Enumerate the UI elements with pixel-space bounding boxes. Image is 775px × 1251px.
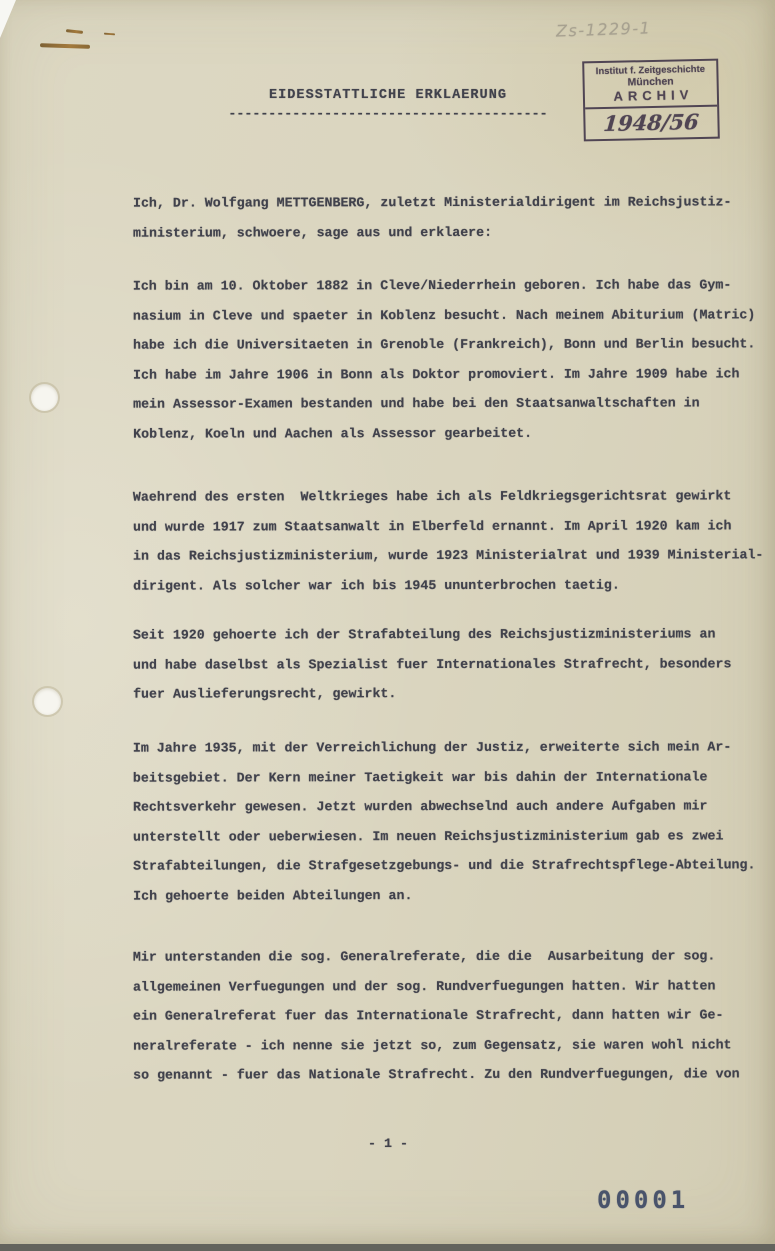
paragraph-strafabteilung: Seit 1920 gehoerte ich der Strafabteilun… [133, 619, 775, 709]
text-line: allgemeinen Verfuegungen und der sog. Ru… [133, 971, 775, 1002]
text-line: mein Assessor-Examen bestanden und habe … [133, 388, 775, 419]
rust-mark [104, 33, 115, 36]
text-line: in das Reichsjustizministerium, wurde 19… [133, 540, 775, 571]
paper-sheet: Zs-1229-1 Institut f. Zeitgeschichte Mün… [0, 0, 775, 1244]
text-line: habe ich die Universitaeten in Grenoble … [133, 329, 775, 360]
text-line: neralreferate - ich nenne sie jetzt so, … [133, 1030, 775, 1061]
pencil-archive-note: Zs-1229-1 [556, 18, 652, 40]
text-line: Ich bin am 10. Oktober 1882 in Cleve/Nie… [133, 270, 775, 301]
paragraph-generalreferate: Mir unterstanden die sog. Generalreferat… [133, 941, 775, 1090]
text-line: nasium in Cleve und spaeter in Koblenz b… [133, 300, 775, 331]
frame-number-stamp: 00001 [597, 1186, 689, 1214]
document-title: EIDESSTATTLICHE ERKLAERUNG [133, 88, 643, 103]
paragraph-biography: Ich bin am 10. Oktober 1882 in Cleve/Nie… [133, 270, 775, 448]
text-line: Rechtsverkehr gewesen. Jetzt wurden abwe… [133, 791, 775, 822]
document-scan: Zs-1229-1 Institut f. Zeitgeschichte Mün… [0, 0, 775, 1251]
text-line: Ich habe im Jahre 1906 in Bonn als Dokto… [133, 359, 775, 390]
text-line: und wurde 1917 zum Staatsanwalt in Elber… [133, 511, 775, 542]
text-line: Strafabteilungen, die Strafgesetzgebungs… [133, 850, 775, 881]
text-line: dirigent. Als solcher war ich bis 1945 u… [133, 570, 775, 601]
title-underline: ---------------------------------------- [133, 106, 643, 121]
hole-punch-top [31, 384, 58, 411]
text-line: beitsgebiet. Der Kern meiner Taetigkeit … [133, 762, 775, 793]
page-number: - 1 - [133, 1136, 643, 1151]
paragraph-oath: Ich, Dr. Wolfgang METTGENBERG, zuletzt M… [133, 187, 775, 247]
title-block: EIDESSTATTLICHE ERKLAERUNG -------------… [133, 88, 643, 121]
text-line: Koblenz, Koeln und Aachen als Assessor g… [133, 418, 775, 449]
paragraph-1935: Im Jahre 1935, mit der Verreichlichung d… [133, 732, 775, 910]
text-line: Mir unterstanden die sog. Generalreferat… [133, 941, 775, 972]
rust-mark [66, 29, 83, 34]
text-line: und habe daselbst als Spezialist fuer In… [133, 649, 775, 680]
paragraph-career: Waehrend des ersten Weltkrieges habe ich… [133, 481, 775, 600]
rust-mark [40, 43, 90, 49]
text-line: Ich gehoerte beiden Abteilungen an. [133, 880, 775, 911]
text-line: Seit 1920 gehoerte ich der Strafabteilun… [133, 619, 775, 650]
text-line: Im Jahre 1935, mit der Verreichlichung d… [133, 732, 775, 763]
text-line: ein Generalreferat fuer das Internationa… [133, 1000, 775, 1031]
text-line: Waehrend des ersten Weltkrieges habe ich… [133, 481, 775, 512]
text-line: fuer Auslieferungsrecht, gewirkt. [133, 678, 775, 709]
hole-punch-bottom [34, 688, 61, 715]
text-line: ministerium, schwoere, sage aus und erkl… [133, 217, 775, 248]
text-line: so genannt - fuer das Nationale Strafrec… [133, 1059, 775, 1090]
text-line: unterstellt oder ueberwiesen. Im neuen R… [133, 821, 775, 852]
scanner-edge [0, 1244, 775, 1251]
text-line: Ich, Dr. Wolfgang METTGENBERG, zuletzt M… [133, 187, 775, 218]
